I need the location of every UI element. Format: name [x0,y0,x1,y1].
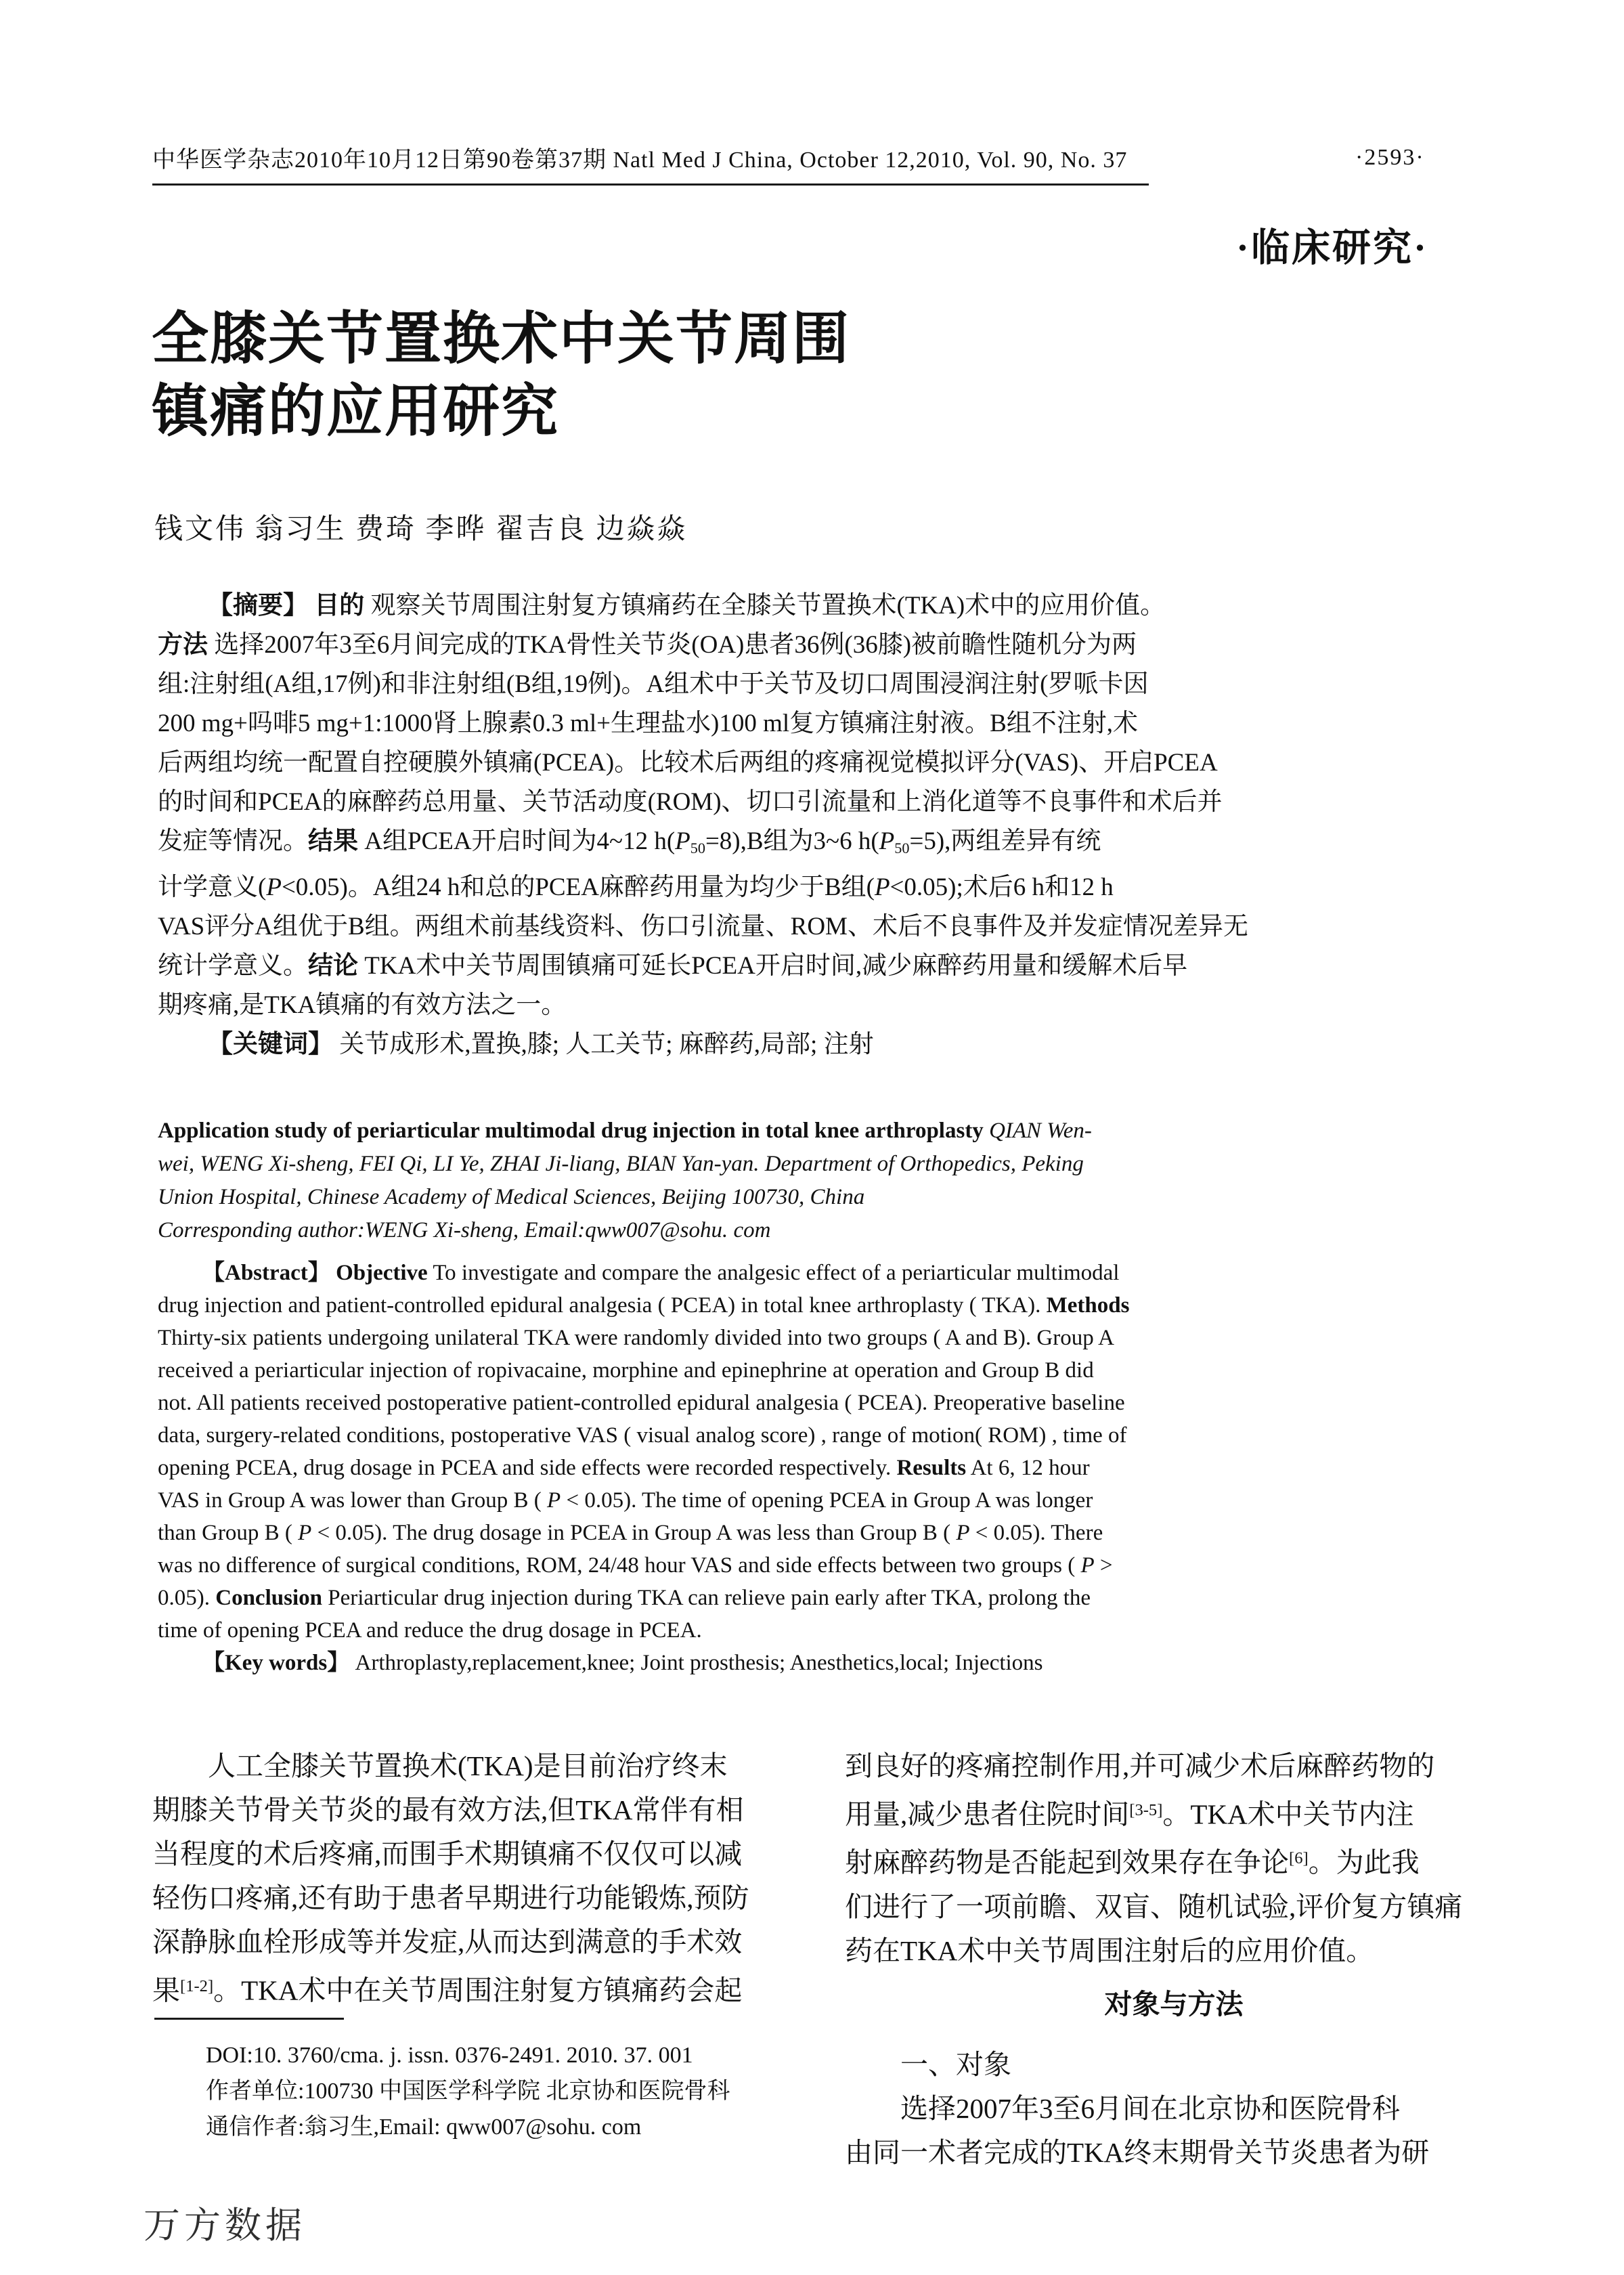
text-line: Application study of periarticular multi… [158,1114,1315,1148]
text-line: time of opening PCEA and reduce the drug… [158,1614,1315,1647]
text-line: 期膝关节骨关节炎的最有效方法,但TKA常伴有相 [152,1788,808,1832]
text-line: 【关键词】 关节成形术,置换,膝; 人工关节; 麻醉药,局部; 注射 [158,1025,1309,1064]
body-right-subjects: 一、对象选择2007年3至6月间在北京协和医院骨科由同一术者完成的TKA终末期骨… [845,2043,1503,2175]
text-line: 们进行了一项前瞻、双盲、随机试验,评价复方镇痛 [845,1885,1503,1929]
footnote-divider [154,2018,344,2020]
text-line: 计学意义(P<0.05)。A组24 h和总的PCEA麻醉药用量为均少于B组(P<… [158,868,1309,907]
footnote-block: DOI:10. 3760/cma. j. issn. 0376-2491. 20… [154,2018,804,2145]
text-line: 期疼痛,是TKA镇痛的有效方法之一。 [158,986,1309,1025]
text-line: 一、对象 [845,2043,1503,2087]
text-line: 选择2007年3至6月间在北京协和医院骨科 [845,2087,1503,2131]
journal-header-citation: 中华医学杂志2010年10月12日第90卷第37期 Natl Med J Chi… [152,141,1149,186]
text-line: VAS评分A组优于B组。两组术前基线资料、伤口引流量、ROM、术后不良事件及并发… [158,907,1309,947]
text-line: 【Abstract】 Objective To investigate and … [158,1257,1315,1289]
text-line: 深静脉血栓形成等并发症,从而达到满意的手术效 [152,1920,808,1964]
text-line: was no difference of surgical conditions… [158,1549,1315,1582]
text-line: VAS in Group A was lower than Group B ( … [158,1484,1315,1517]
article-title: 全膝关节置换术中关节周围 镇痛的应用研究 [152,303,850,448]
page-number: ·2593· [1355,145,1425,171]
text-line: received a periarticular injection of ro… [158,1354,1315,1387]
text-line: 人工全膝关节置换术(TKA)是目前治疗终末 [152,1744,808,1788]
text-line: 到良好的疼痛控制作用,并可减少术后麻醉药物的 [845,1744,1503,1788]
body-right-paragraph: 到良好的疼痛控制作用,并可减少术后麻醉药物的用量,减少患者住院时间[3-5]。T… [845,1744,1503,1973]
text-line: 【摘要】 目的 观察关节周围注射复方镇痛药在全膝关节置换术(TKA)术中的应用价… [158,586,1309,626]
methods-heading: 对象与方法 [845,1982,1503,2027]
text-line: 作者单位:100730 中国医学科学院 北京协和医院骨科 [154,2073,804,2109]
text-line: drug injection and patient-controlled ep… [158,1289,1315,1322]
footnote-lines: DOI:10. 3760/cma. j. issn. 0376-2491. 20… [154,2037,804,2145]
text-line: 后两组均统一配置自控硬膜外镇痛(PCEA)。比较术后两组的疼痛视觉模拟评分(VA… [158,743,1309,783]
text-line: 方法 选择2007年3至6月间完成的TKA骨性关节炎(OA)患者36例(36膝)… [158,626,1309,665]
text-line: Union Hospital, Chinese Academy of Medic… [158,1181,1315,1214]
abstract-chinese: 【摘要】 目的 观察关节周围注射复方镇痛药在全膝关节置换术(TKA)术中的应用价… [158,586,1309,1064]
abstract-english: 【Abstract】 Objective To investigate and … [158,1257,1315,1679]
text-line: 当程度的术后疼痛,而围手术期镇痛不仅仅可以减 [152,1832,808,1876]
text-line: not. All patients received postoperative… [158,1387,1315,1419]
text-line: wei, WENG Xi-sheng, FEI Qi, LI Ye, ZHAI … [158,1148,1315,1181]
text-line: 200 mg+吗啡5 mg+1:1000肾上腺素0.3 ml+生理盐水)100 … [158,704,1309,743]
author-list: 钱文伟 翁习生 费琦 李晔 翟吉良 边焱焱 [154,506,688,547]
text-line: 0.05). Conclusion Periarticular drug inj… [158,1582,1315,1614]
text-line: 组:注射组(A组,17例)和非注射组(B组,19例)。A组术中于关节及切口周围浸… [158,665,1309,704]
text-line: 轻伤口疼痛,还有助于患者早期进行功能锻炼,预防 [152,1876,808,1920]
text-line: DOI:10. 3760/cma. j. issn. 0376-2491. 20… [154,2037,804,2073]
text-line: than Group B ( P < 0.05). The drug dosag… [158,1517,1315,1549]
text-line: data, surgery-related conditions, postop… [158,1419,1315,1452]
wanfang-watermark: 万方数据 [144,2196,306,2249]
text-line: 果[1-2]。TKA术中在关节周围注射复方镇痛药会起 [152,1964,808,2012]
body-column-right: 到良好的疼痛控制作用,并可减少术后麻醉药物的用量,减少患者住院时间[3-5]。T… [845,1744,1503,2175]
text-line: Corresponding author:WENG Xi-sheng, Emai… [158,1214,1315,1247]
text-line: 发症等情况。结果 A组PCEA开启时间为4~12 h(P50=8),B组为3~6… [158,822,1309,868]
text-line: 用量,减少患者住院时间[3-5]。TKA术中关节内注 [845,1788,1503,1836]
text-line: 药在TKA术中关节周围注射后的应用价值。 [845,1929,1503,1973]
article-title-line-1: 全膝关节置换术中关节周围 [152,303,850,376]
journal-page: 中华医学杂志2010年10月12日第90卷第37期 Natl Med J Chi… [0,0,1624,2275]
text-line: 由同一术者完成的TKA终末期骨关节炎患者为研 [845,2131,1503,2175]
article-title-line-2: 镇痛的应用研究 [152,376,850,448]
text-line: opening PCEA, drug dosage in PCEA and si… [158,1452,1315,1484]
text-line: 【Key words】 Arthroplasty,replacement,kne… [158,1647,1315,1679]
text-line: 统计学意义。结论 TKA术中关节周围镇痛可延长PCEA开启时间,减少麻醉药用量和… [158,947,1309,986]
text-line: 射麻醉药物是否能起到效果存在争论[6]。为此我 [845,1836,1503,1884]
text-line: 通信作者:翁习生,Email: qww007@sohu. com [154,2109,804,2145]
english-title-and-affiliation: Application study of periarticular multi… [158,1114,1315,1247]
text-line: 的时间和PCEA的麻醉药总用量、关节活动度(ROM)、切口引流量和上消化道等不良… [158,783,1309,822]
section-label: ·临床研究· [1236,217,1428,272]
body-column-left: 人工全膝关节置换术(TKA)是目前治疗终末期膝关节骨关节炎的最有效方法,但TKA… [152,1744,808,2012]
text-line: Thirty-six patients undergoing unilatera… [158,1322,1315,1354]
